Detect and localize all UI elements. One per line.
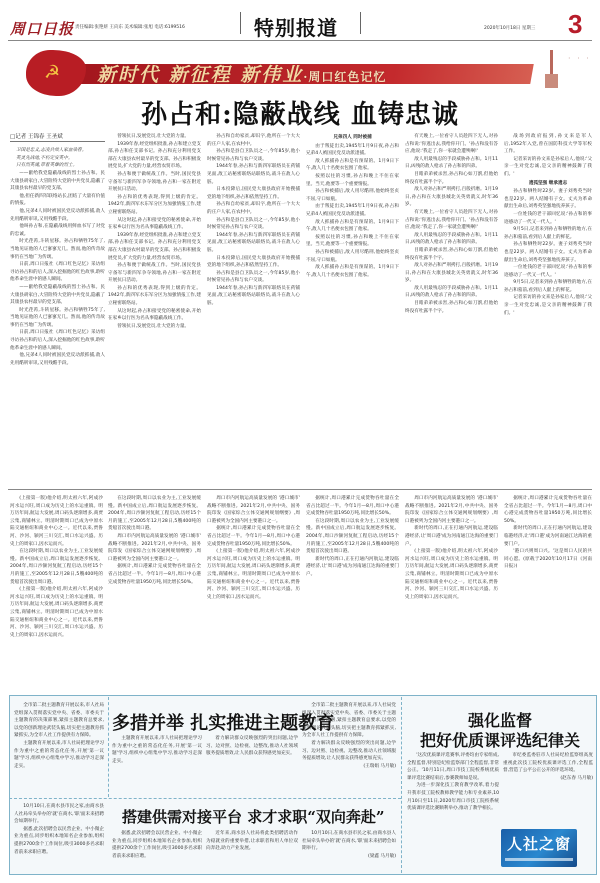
renshe-window-logo: 人社之窗 — [501, 829, 577, 867]
byline: □记者 王锦春 王圣斌 — [10, 132, 63, 140]
opening-poem: 卫国是忠义,志凌共效人家血染春。 英灵先战地,不朽定安英中。 只有烈英魂,带着英… — [16, 147, 101, 170]
box3-column-3: 近年来,商水县人社局将此类招聘活动作为稳就业的重要举措,让求职者和用人单位双向奔… — [206, 830, 298, 872]
zhoukou-map-shape: ☭ — [26, 50, 86, 96]
box3-column-1: 10月10日,在商水县市民之家,由商水县人社局牵头举办的'就'在商水,'职'面未… — [14, 803, 104, 871]
byline-rule — [10, 141, 105, 142]
masthead-rule — [8, 40, 592, 41]
slogan-text: 新时代 新征程 新伟业 — [97, 64, 303, 86]
article-column-6: 战场到政府报到,孙文来是军人后,1952年入党,曾在国防科技大学等军校工作。记者… — [504, 133, 592, 452]
box3-column-2: 据悉,此次招聘会以民营企业、中小微企业为重点,同步组织本地知名企业参加,组织提供… — [112, 830, 202, 872]
box2-column-2: 市纪委监委驻市人社局纪检监察组高度重视此次技工院校优质课评选工作,全程监督,营造… — [503, 752, 593, 824]
series-name: ·周口红色记忆 — [303, 70, 386, 84]
editor-credits: 责任编辑:张艳妍 王向东 美术编辑:张旭 电话:6199516 — [75, 24, 185, 30]
party-emblem-icon: ☭ — [44, 62, 60, 83]
article-column-1: ——献给我党隐蔽战线的烈士孙占和。民大康县胡家白,大冒险特大党的中共党员,隐蔽了… — [10, 170, 105, 452]
section-title: 特别报道 — [254, 12, 338, 41]
box3-column-4: 10月10日,在商水县市民之家,由商水县人社局牵头举办的'就'在商水,'职'面未… — [302, 830, 396, 872]
lower-column-6: 据统计,周口港累计完成货物吞吐量在全省占比超过一半。今年1月—8月,周口中心港完… — [504, 495, 592, 685]
box-divider — [401, 697, 402, 873]
banner-slogan: 新时代 新征程 新伟业·周口红色记忆 — [97, 60, 386, 87]
lower-column-5: 周口市内河航运高质量发展的 '港口城市' 战略不断推进。2021年2月,中共中央… — [405, 495, 498, 685]
lower-column-1: (上接第一版)他介绍,明太祖六年,阿成沙河水运兴旺,周口成为历史上的水运重镇。明… — [10, 495, 103, 685]
box1-column-4: 全市第二批主题教育开展以来,市人社局党组深入贯彻落实党中央、省委、市委关于主题教… — [302, 702, 396, 795]
section-rule — [8, 489, 592, 490]
masthead: 周口日报 责任编辑:张艳妍 王向东 美术编辑:张旭 电话:6199516 特别报… — [0, 0, 600, 42]
box2-column-1: '这次优质课评选赛事,评委均由专家组成,全程监督,特别是纪检监察部门全程监督,非… — [407, 752, 499, 870]
article-column-4: 兄弟四人 同时被捕由于叛徒出卖,1945年1月9日夜,孙占和兄弟4人被国民党反动… — [306, 133, 399, 452]
box3-headline: 搭建供需对接平台 求才求职“双向奔赴” — [122, 806, 384, 827]
box1-column-2: 主题教育开展以来,市人社局把理论学习作为重中之重的常态化任务,开展'第一议题'学… — [112, 735, 202, 795]
lower-column-4: 据统计,周口港累计完成货物吞吐量在全省占比超过一半。今年1月—8月,周口中心港完… — [306, 495, 399, 685]
article-column-2: 曾领抗日,发展党员,壮大党的力量。1939年春,经党组织批准,孙占和建立党支部,… — [108, 133, 201, 452]
issue-date: 2020年10月18日 星期三 — [484, 25, 535, 31]
lower-column-2: 在这段时期,周口以农业为主,工业发展缓慢。新中国成立后,周口航运发展逐步恢复。2… — [108, 495, 201, 685]
renshe-window-subtitle — [505, 858, 573, 861]
box1-headline: 多措并举 扎实推进主题教育 — [112, 709, 334, 735]
masthead-divider — [240, 12, 241, 34]
page-number: 3 — [568, 9, 582, 40]
box1-column-3: 着力解决群众反映强烈的突出问题,边学习、边对照、边检视、边整改,推动人社领域服务… — [206, 735, 298, 795]
article-column-5: 有天晚上,一位看守人员趁四下无人,对孙占和说:'你逃出去,我给你开门。'孙占和没… — [405, 133, 498, 452]
box2-signature: (赵东春 马月敏) — [503, 775, 593, 783]
box3-signature: (梁鑫 马月敏) — [302, 853, 396, 861]
decorative-dots: · · · — [568, 54, 591, 63]
article-column-3: 孙占和自幼家贫,却识字,他所在一个大大的庄户人家,在农村中。孙占和是县自卫队员之… — [207, 133, 300, 452]
newspaper-logo: 周口日报 — [10, 18, 74, 39]
series-banner: ☭ 新时代 新征程 新伟业·周口红色记忆 · · · — [12, 48, 598, 100]
box1-column-1: 全市第二批主题教育开展以来,市人社局党组深入贯彻落实党中央、省委、市委关于主题教… — [14, 702, 104, 795]
masthead-divider — [360, 12, 361, 34]
box-divider-h — [9, 798, 401, 799]
lower-column-3: 周口市内河航运高质量发展的 '港口城市' 战略不断推进。2021年2月,中共中央… — [207, 495, 300, 685]
box2-headline-line2: 把好优质课评选纪律关 — [405, 728, 595, 751]
tower-icon — [542, 50, 562, 88]
box1-signature: (王瑞娟 马月敏) — [302, 763, 396, 771]
renshe-window-title: 人社之窗 — [501, 833, 577, 854]
box-divider — [108, 697, 109, 797]
main-headline: 孙占和:隐蔽战线 血铸忠诚 — [0, 94, 600, 131]
